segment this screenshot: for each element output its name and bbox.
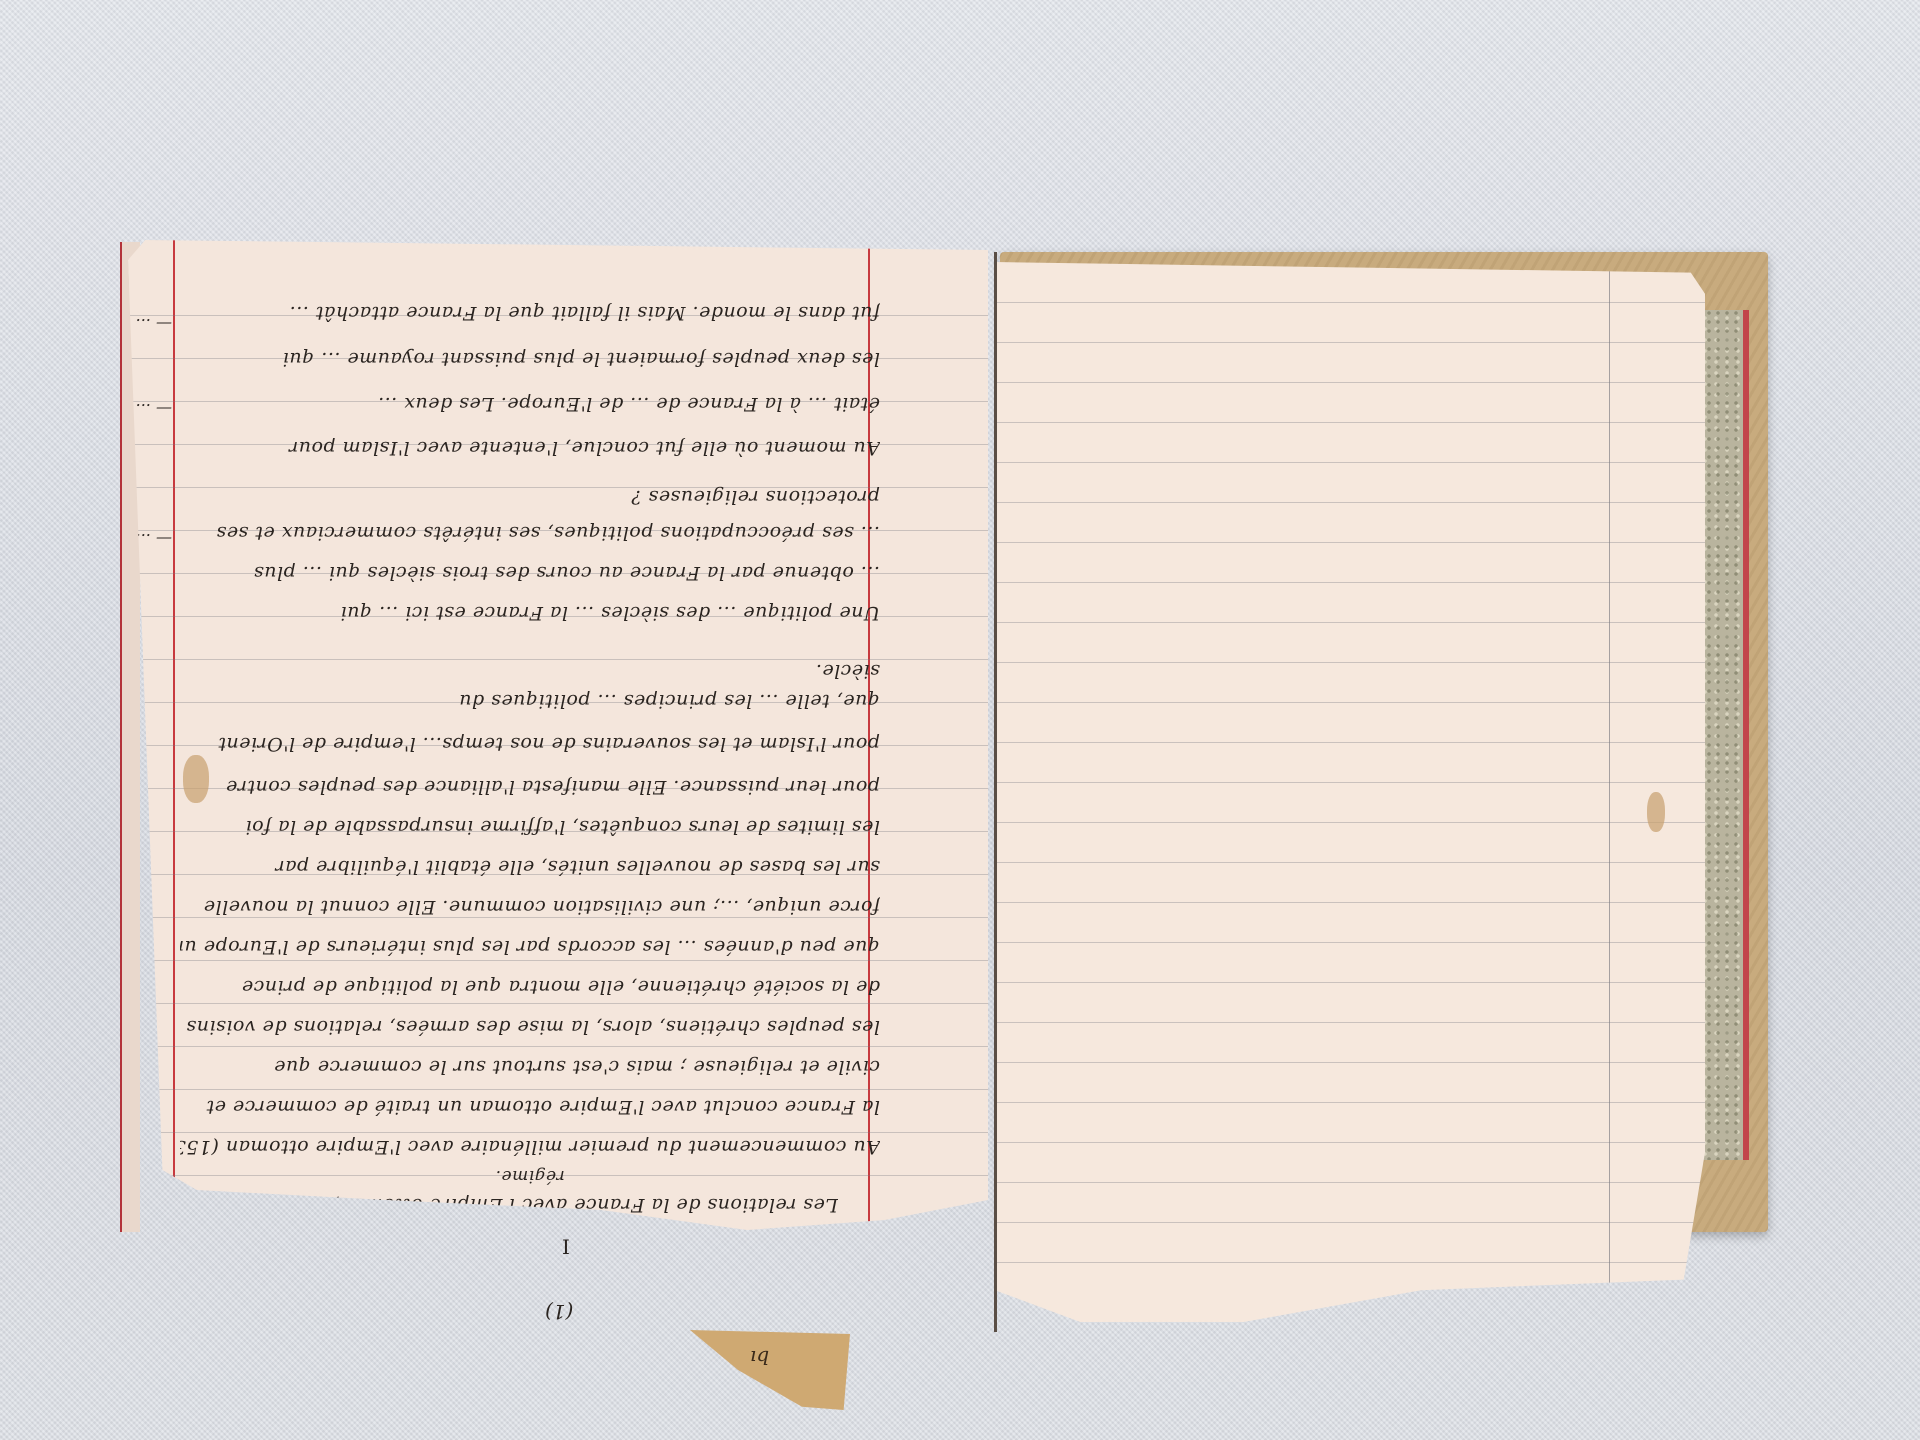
handwritten-line: ... obtenue par la France au cours des t… <box>180 562 880 584</box>
handwritten-line: force unique, ...; une civilisation comm… <box>180 896 880 918</box>
handwritten-line: pour leur puissance. Elle manifesta l'al… <box>180 776 880 798</box>
handwritten-line: la France conclut avec l'Empire ottoman … <box>180 1096 880 1118</box>
handwritten-line: sur les bases de nouvelles unités, elle … <box>180 856 880 878</box>
handwritten-line: siècle. <box>180 660 880 682</box>
margin-spill-text: — ... <box>128 315 172 334</box>
right-page-margin-line <box>1609 262 1610 1322</box>
handwritten-line: Une politique ... des siècles ... la Fra… <box>180 602 880 624</box>
left-red-margin-line <box>173 240 175 1240</box>
book-gutter <box>994 252 997 1332</box>
handwritten-line: les peuples chrétiens, alors, la mise de… <box>180 1016 880 1038</box>
section-numeral: I <box>562 1235 570 1259</box>
scrap-handwriting: ıq <box>750 1342 769 1366</box>
title-line-1: Les relations de la France avec l'Empire… <box>238 1194 838 1216</box>
handwritten-line: Au moment où elle fut conclue, l'entente… <box>180 437 880 459</box>
handwritten-line: de la société chrétienne, elle montra qu… <box>180 976 880 998</box>
left-page: fut dans le monde. Mais il fallait que l… <box>128 240 988 1240</box>
paper-stain <box>183 755 209 803</box>
title-line-2: régime. <box>180 1166 880 1186</box>
handwritten-line: que peu d'années ... les accords par les… <box>180 936 880 958</box>
handwritten-line: Au commencement du premier millénaire av… <box>180 1136 880 1158</box>
page-number: (1) <box>545 1300 573 1324</box>
handwritten-line: les limites de leurs conquêtes, l'affirm… <box>180 816 880 838</box>
handwritten-line: protections religieuses ? <box>180 486 880 508</box>
handwritten-line: civile et religieuse ; mais c'est surtou… <box>180 1056 880 1078</box>
handwritten-line: ... ses préoccupations politiques, ses i… <box>180 522 880 544</box>
handwritten-line: pour l'Islam et les souverains de nos te… <box>180 733 880 755</box>
handwritten-line: était ... à la France de ... de l'Europe… <box>180 393 880 415</box>
paper-stain <box>1647 792 1665 832</box>
right-page <box>995 262 1705 1322</box>
handwritten-line: fut dans le monde. Mais il fallait que l… <box>180 302 880 324</box>
handwritten-line: que, telle ... les principes ... politiq… <box>180 690 880 712</box>
paper-scrap: ıq <box>690 1330 850 1410</box>
handwritten-line: les deux peuples formaient le plus puiss… <box>180 348 880 370</box>
margin-spill-text: — ... <box>128 400 172 419</box>
